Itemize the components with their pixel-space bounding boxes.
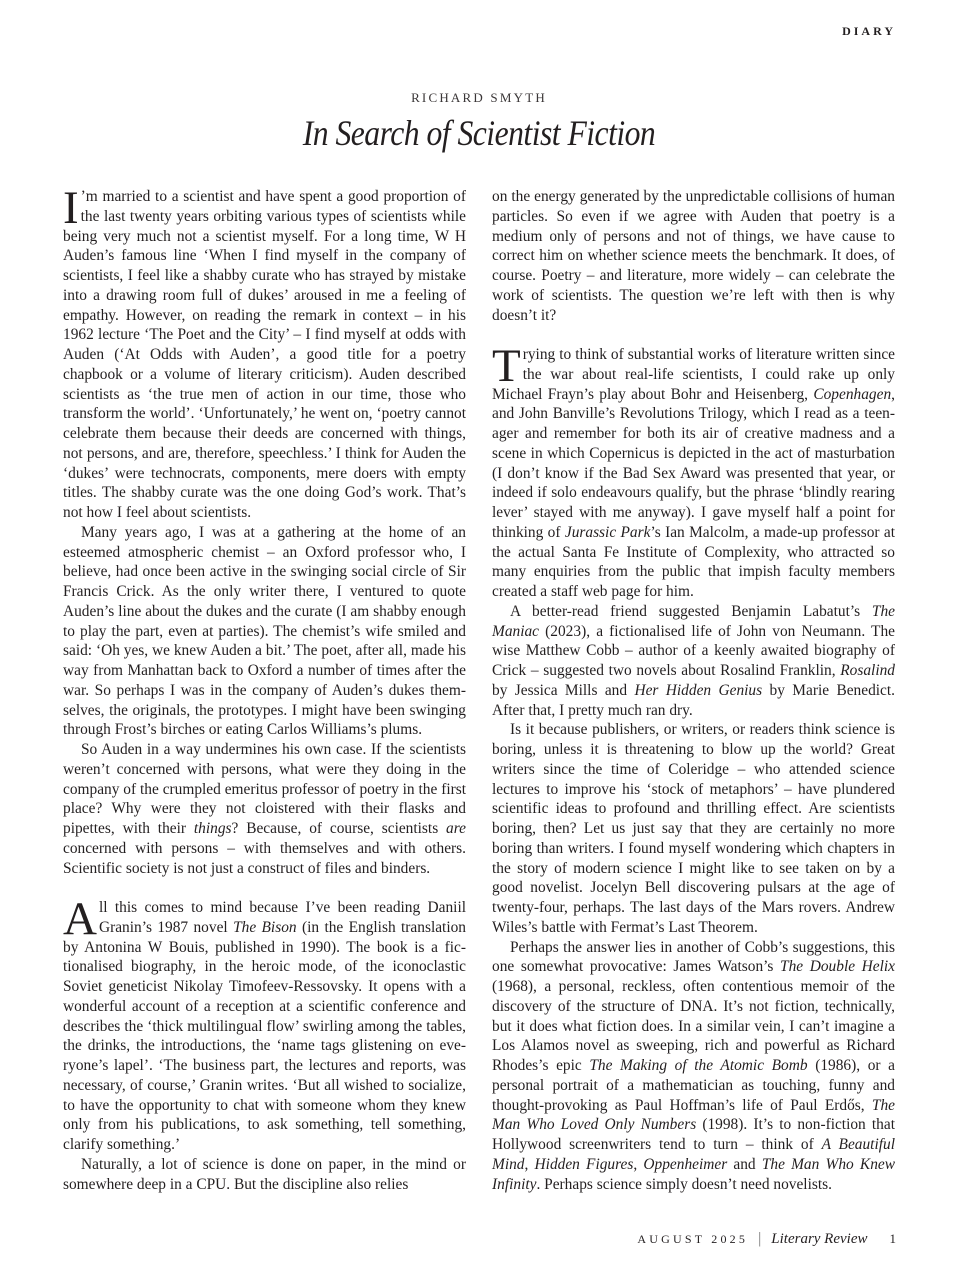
text-run: (2023), a fictionalised life of John von…	[492, 623, 895, 680]
text-run: Naturally, a lot of science is done on p…	[63, 1156, 466, 1193]
drop-cap: T	[492, 348, 521, 384]
italic-title: The Making of the Atomic Bomb	[589, 1057, 807, 1074]
italic-title: Oppenheimer	[643, 1156, 727, 1173]
article-paragraph: I’m married to a scientist and have spen…	[63, 187, 466, 523]
text-run: Is it because publishers, or writers, or…	[492, 721, 895, 936]
page-number: 1	[890, 1231, 897, 1247]
text-run: ,	[525, 1156, 535, 1173]
article-paragraph: Is it because publishers, or writers, or…	[492, 720, 895, 937]
italic-title: Copenhagen	[813, 386, 891, 403]
magazine-name: Literary Review	[771, 1231, 867, 1248]
text-run: ,	[633, 1156, 643, 1173]
text-run: concerned with persons – with themselves…	[63, 840, 466, 877]
article-paragraph: A better-read friend suggested Benjamin …	[492, 602, 895, 721]
text-run: (in the English translation by Antonina …	[63, 919, 466, 1153]
article-paragraph: on the energy generated by the unpredict…	[492, 187, 895, 325]
italic-title: The Bison	[233, 919, 297, 936]
text-run: by Jessica Mills and	[492, 682, 634, 699]
drop-cap: A	[63, 901, 97, 937]
article-paragraph: All this comes to mind because I’ve been…	[63, 898, 466, 1155]
article-paragraph: Trying to think of substantial works of …	[492, 345, 895, 602]
footer-separator: |	[758, 1230, 761, 1248]
section-label: DIARY	[842, 24, 896, 39]
article-paragraph: So Auden in a way undermines his own cas…	[63, 740, 466, 878]
text-run: A better-read friend suggested Benjamin …	[510, 603, 872, 620]
article-paragraph: Perhaps the answer lies in another of Co…	[492, 938, 895, 1195]
text-run: on the energy generated by the unpredict…	[492, 188, 895, 324]
text-run: ? Because, of course, scientists	[232, 820, 447, 837]
italic-title: things	[194, 820, 232, 837]
article-paragraph: Many years ago, I was at a gathering at …	[63, 523, 466, 740]
italic-title: Her Hidden Genius	[634, 682, 762, 699]
italic-title: The Double Helix	[780, 958, 895, 975]
article-paragraph: Naturally, a lot of science is done on p…	[63, 1155, 466, 1195]
drop-cap: I	[63, 190, 79, 226]
text-run: , and John Banville’s Revolutions Trilog…	[492, 386, 895, 541]
italic-title: Hidden Figures	[535, 1156, 634, 1173]
text-run: Many years ago, I was at a gathering at …	[63, 524, 466, 739]
text-run: ’m married to a scientist and have spent…	[63, 188, 466, 521]
italic-title: Rosalind	[840, 662, 895, 679]
text-run: . Perhaps science simply doesn’t need no…	[536, 1176, 832, 1193]
page-footer: AUGUST 2025 | Literary Review 1	[637, 1230, 896, 1248]
author-byline: RICHARD SMYTH	[0, 90, 958, 106]
italic-title: Jurassic Park	[565, 524, 651, 541]
article-column-left: I’m married to a scientist and have spen…	[63, 187, 466, 1194]
issue-date: AUGUST 2025	[637, 1232, 748, 1247]
article-column-right: on the energy generated by the unpredict…	[492, 187, 895, 1194]
text-run: and	[727, 1156, 762, 1173]
italic-title: are	[446, 820, 466, 837]
article-title: In Search of Scientist Fiction	[57, 112, 900, 154]
